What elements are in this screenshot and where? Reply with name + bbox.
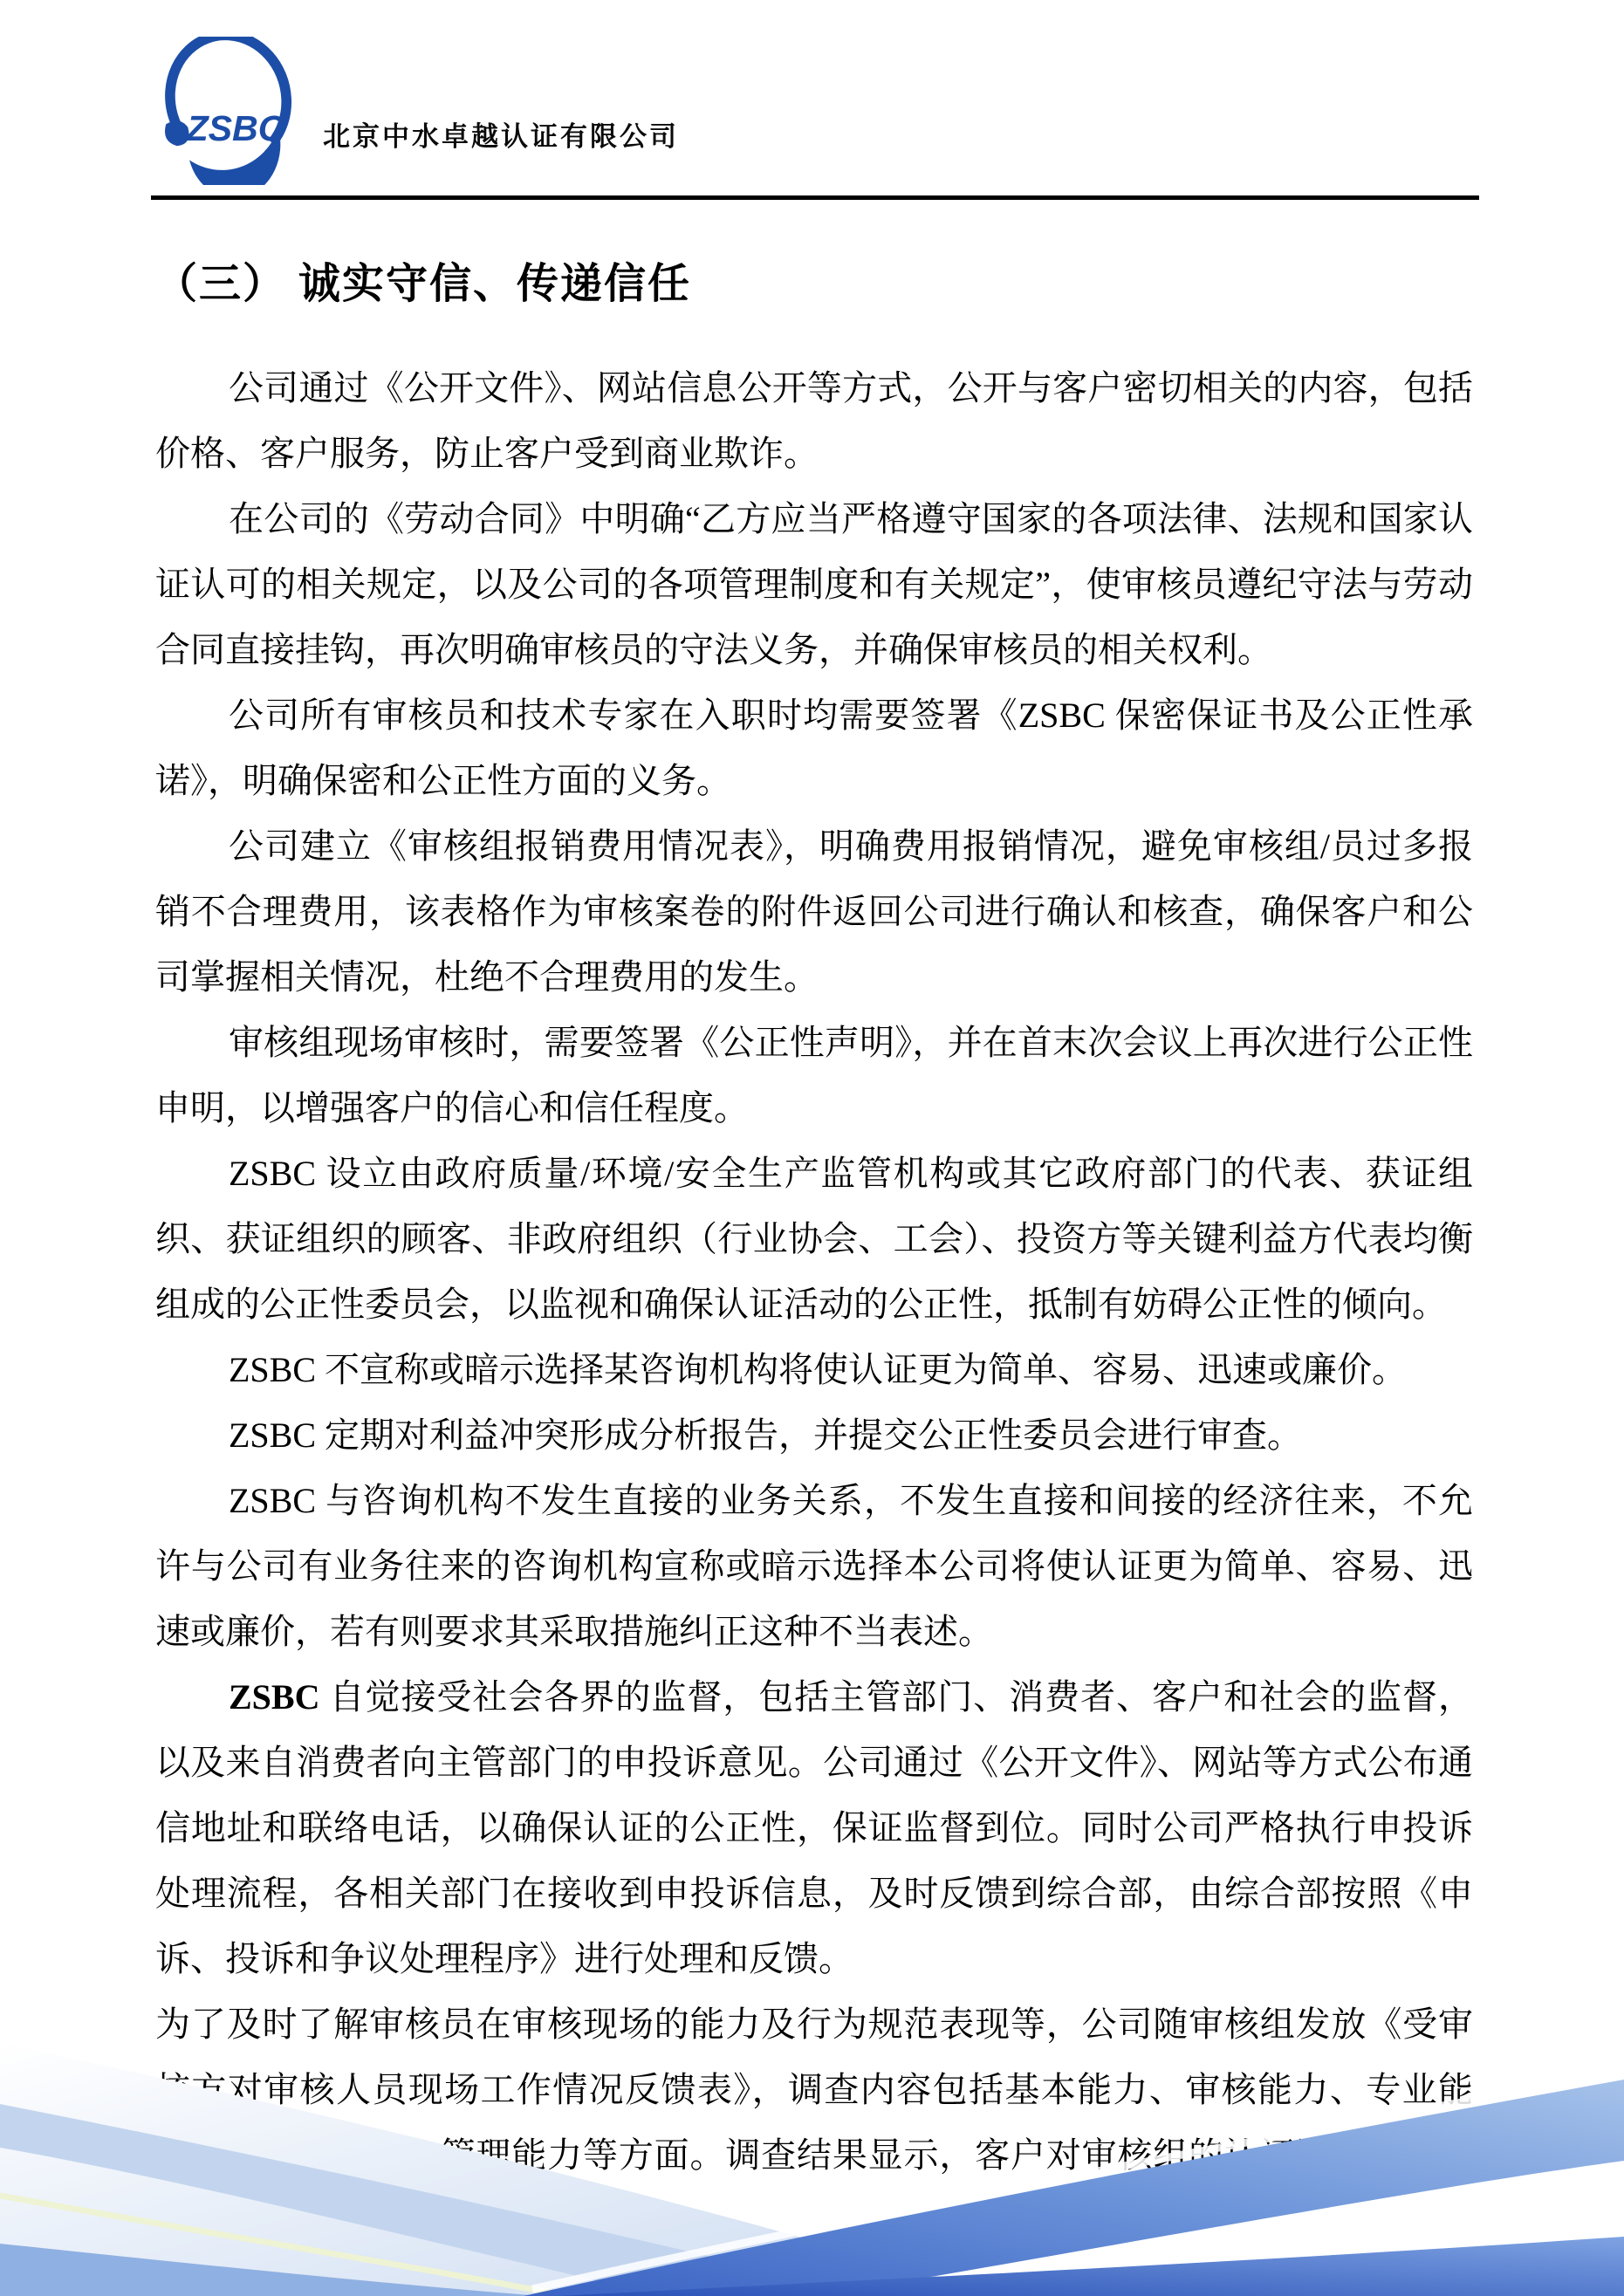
logo-acronym: ZSBC — [185, 108, 284, 148]
paragraph: ZSBC 设立由政府质量/环境/安全生产监管机构或其它政府部门的代表、获证组织、… — [155, 1141, 1473, 1337]
paragraph: 公司所有审核员和技术专家在入职时均需要签署《ZSBC 保密保证书及公正性承诺》，… — [155, 682, 1473, 813]
header-divider — [151, 195, 1479, 200]
paragraph: ZSBC 不宣称或暗示选择某咨询机构将使认证更为简单、容易、迅速或廉价。 — [155, 1337, 1473, 1402]
paragraph: 在公司的《劳动合同》中明确“乙方应当严格遵守国家的各项法律、法规和国家认证认可的… — [155, 486, 1473, 682]
page-header: ZSBC 北京中水卓越认证有限公司 — [148, 37, 679, 185]
paragraph: 公司通过《公开文件》、网站信息公开等方式，公开与客户密切相关的内容，包括价格、客… — [155, 355, 1473, 486]
paragraph: 为了及时了解审核员在审核现场的能力及行为规范表现等，公司随审核组发放《受审核方对… — [155, 1991, 1473, 2253]
zsbc-logo-icon: ZSBC — [148, 37, 305, 185]
paragraph: 公司建立《审核组报销费用情况表》，明确费用报销情况，避免审核组/员过多报销不合理… — [155, 813, 1473, 1010]
paragraph: ZSBC 与咨询机构不发生直接的业务关系，不发生直接和间接的经济往来，不允许与公… — [155, 1468, 1473, 1664]
paragraph: ZSBC 自觉接受社会各界的监督，包括主管部门、消费者、客户和社会的监督，以及来… — [155, 1664, 1473, 1991]
document-page: ZSBC 北京中水卓越认证有限公司 （三） 诚实守信、传递信任 公司通过《公开文… — [0, 0, 1624, 2296]
document-body: 公司通过《公开文件》、网站信息公开等方式，公开与客户密切相关的内容，包括价格、客… — [155, 355, 1473, 2253]
company-logo: ZSBC — [148, 37, 305, 185]
section-heading: （三） 诚实守信、传递信任 — [155, 250, 691, 310]
company-name: 北京中水卓越认证有限公司 — [323, 114, 679, 154]
paragraph-bold-lead: ZSBC — [229, 1677, 320, 1717]
paragraph: ZSBC 定期对利益冲突形成分析报告，并提交公正性委员会进行审查。 — [155, 1402, 1473, 1468]
paragraph: 审核组现场审核时，需要签署《公正性声明》，并在首末次会议上再次进行公正性申明，以… — [155, 1010, 1473, 1141]
